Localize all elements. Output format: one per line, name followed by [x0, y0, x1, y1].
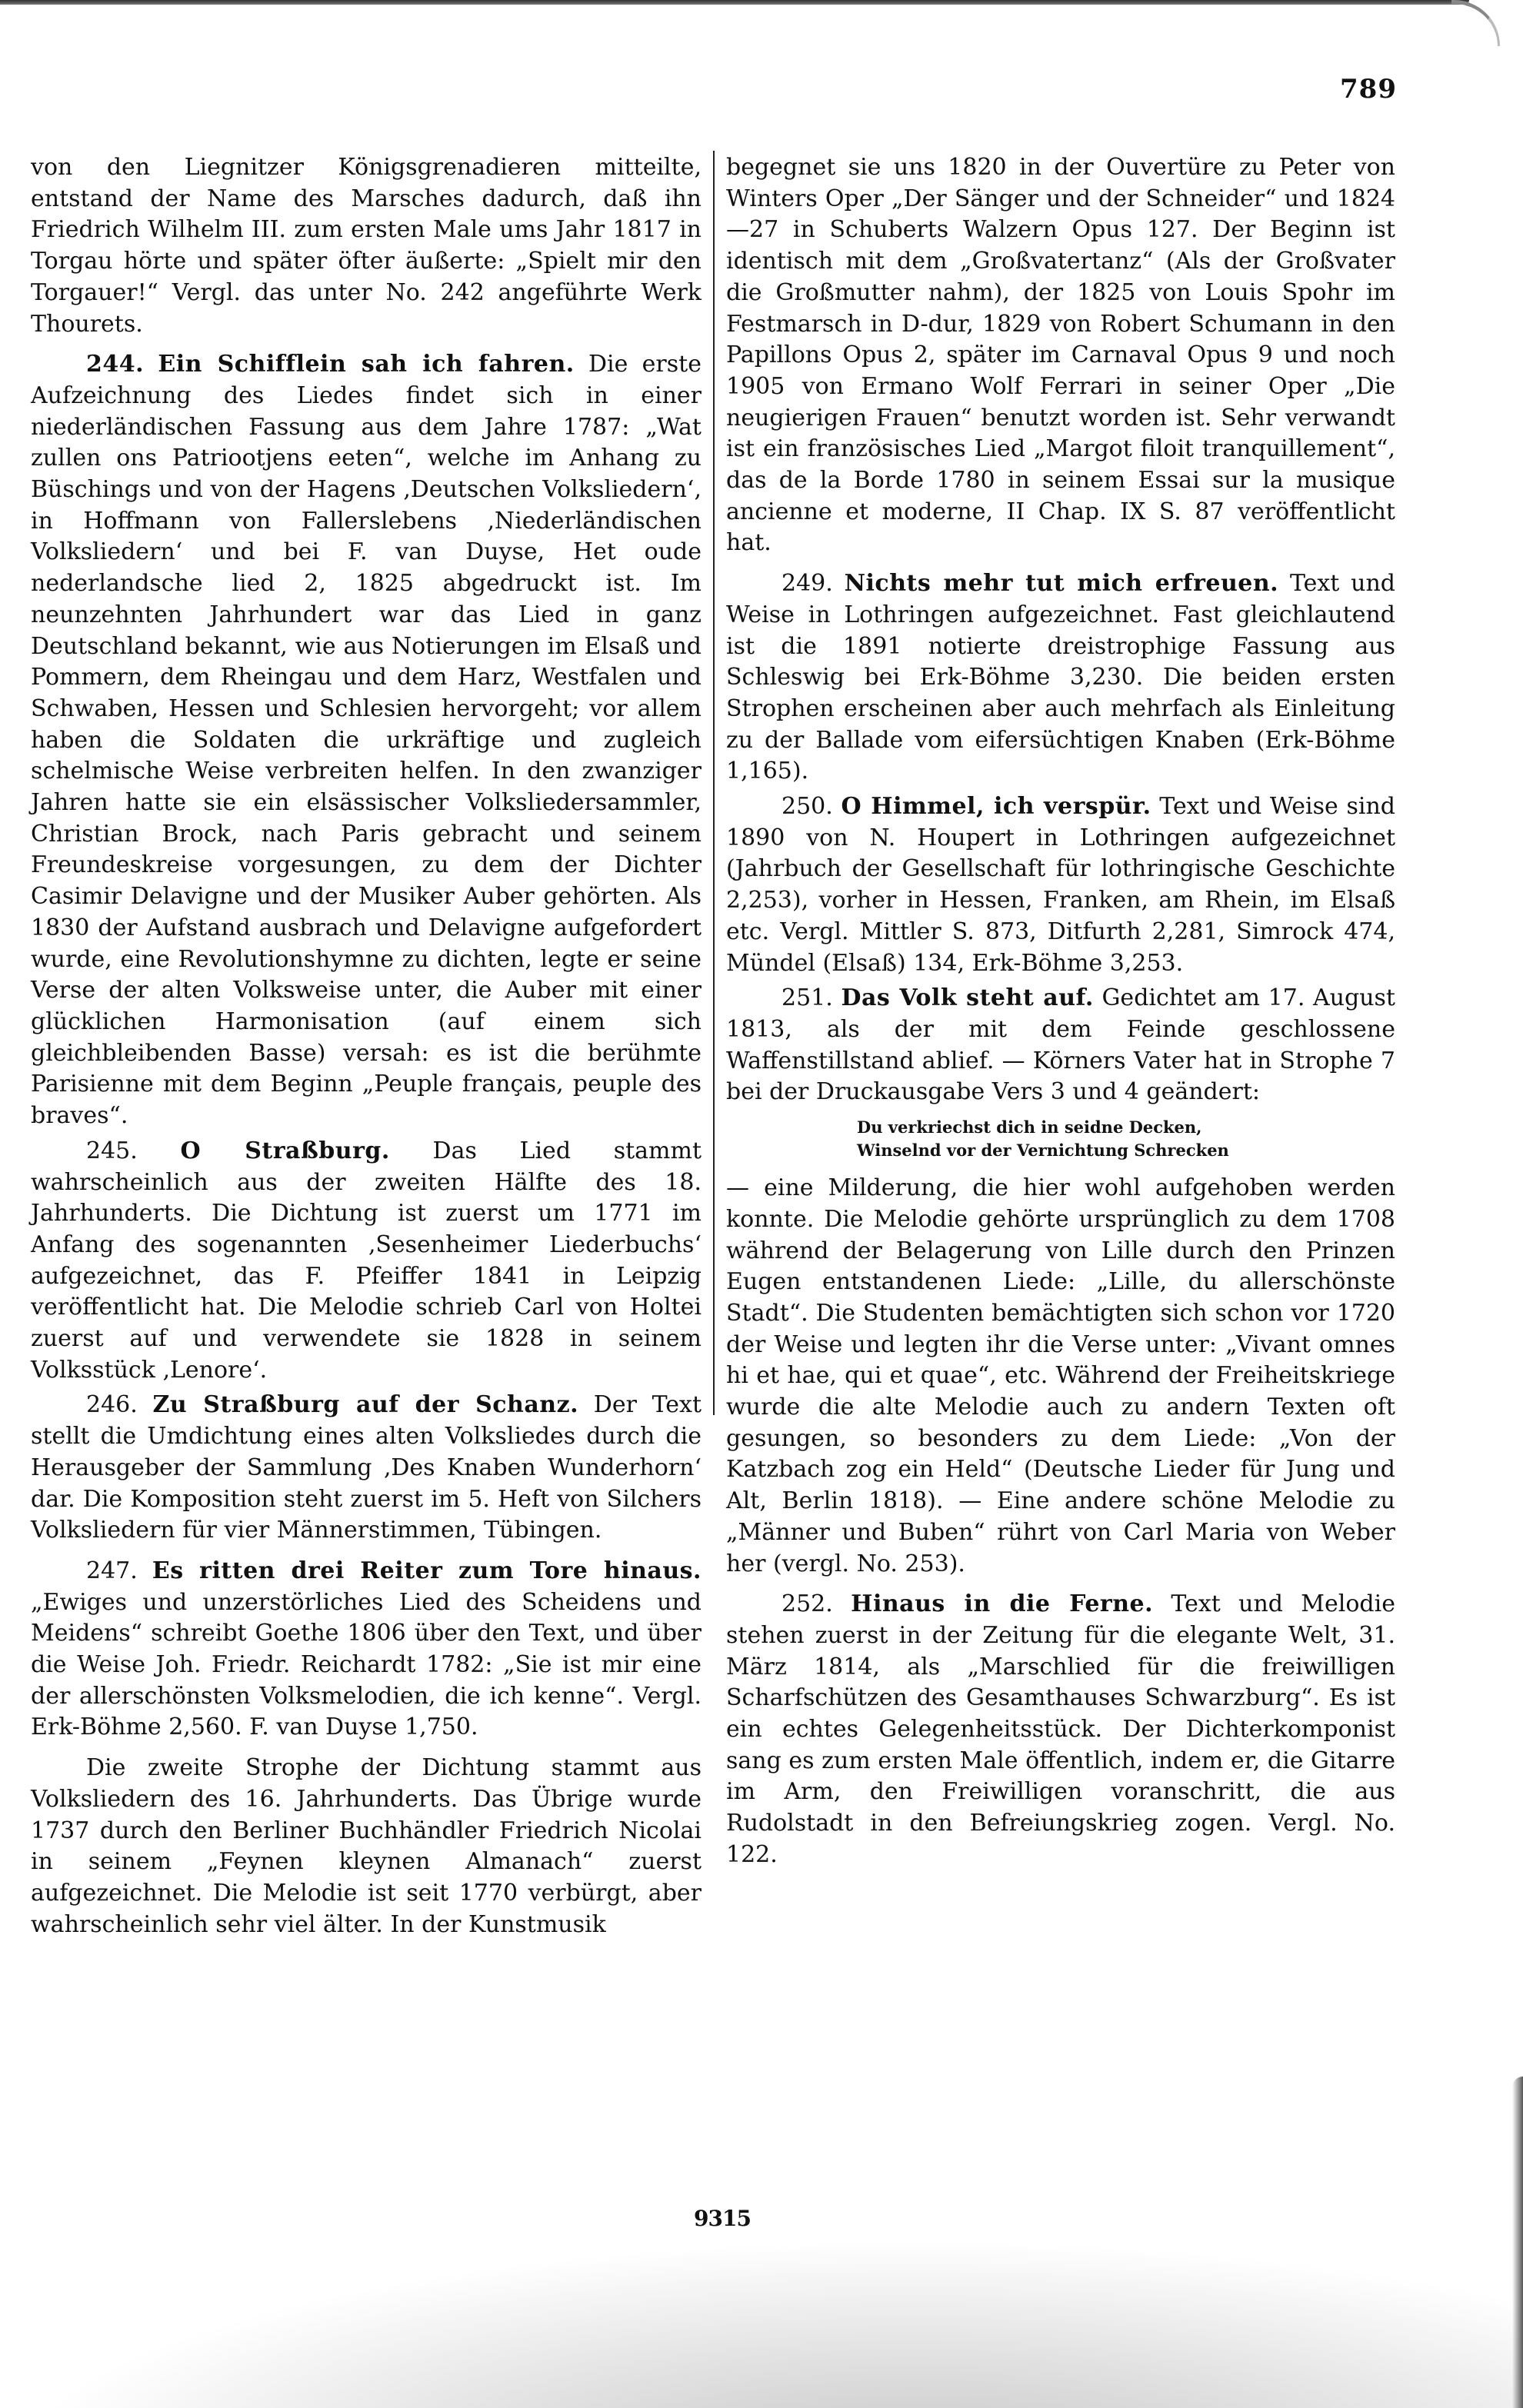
entry-number: 252.: [781, 1590, 833, 1617]
entry-title: Hinaus in die Ferne.: [851, 1590, 1153, 1617]
entry-text: Die erste Aufzeichnung des Liedes findet…: [31, 351, 702, 1129]
entry-245: 245. O Straßburg. Das Lied stammt wahrsc…: [31, 1136, 702, 1387]
verse-line: Winselnd vor der Vernichtung Schrecken: [857, 1139, 1395, 1162]
page-corner-curl: [1451, 0, 1500, 46]
paragraph-text: Die zweite Strophe der Dichtung stammt a…: [31, 1754, 702, 1938]
entry-title: Zu Straßburg auf der Schanz.: [152, 1391, 578, 1418]
paragraph: von den Liegnitzer Königsgrenadieren mit…: [31, 152, 702, 340]
paragraph-text: von den Liegnitzer Königsgrenadieren mit…: [31, 154, 702, 338]
verse-quote: Du verkriechst dich in seidne Decken, Wi…: [857, 1116, 1395, 1162]
paragraph: Die zweite Strophe der Dichtung stammt a…: [31, 1753, 702, 1940]
right-column: begegnet sie uns 1820 in der Ouvertüre z…: [726, 152, 1395, 1875]
column-divider: [713, 151, 715, 1415]
entry-247: 247. Es ritten drei Reiter zum Tore hina…: [31, 1556, 702, 1744]
entry-number: 251.: [781, 984, 833, 1011]
entry-title: Ein Schifflein sah ich fahren.: [158, 351, 574, 378]
paragraph: — eine Milderung, die hier wohl aufgehob…: [726, 1173, 1395, 1580]
entry-text: Text und Weise in Lothringen aufgezeichn…: [726, 570, 1395, 784]
printer-signature: 9315: [694, 2206, 751, 2231]
entry-text: „Ewiges und unzerstörliches Lied des Sch…: [31, 1589, 702, 1741]
verse-line: Du verkriechst dich in seidne Decken,: [857, 1116, 1395, 1139]
entry-title: O Straßburg.: [181, 1137, 390, 1164]
scan-noise: [0, 2239, 1523, 2408]
entry-text: Das Lied stammt wahrscheinlich aus der z…: [31, 1137, 702, 1384]
paragraph: begegnet sie uns 1820 in der Ouvertüre z…: [726, 152, 1395, 559]
entry-number: 245.: [86, 1137, 138, 1164]
entry-250: 250. O Himmel, ich verspür. Text und Wei…: [726, 791, 1395, 979]
entry-246: 246. Zu Straßburg auf der Schanz. Der Te…: [31, 1390, 702, 1547]
entry-title: Es ritten drei Reiter zum Tore hinaus.: [152, 1557, 702, 1584]
left-column: von den Liegnitzer Königsgrenadieren mit…: [31, 152, 702, 1944]
paragraph-text: begegnet sie uns 1820 in der Ouvertüre z…: [726, 154, 1395, 556]
entry-number: 250.: [781, 793, 833, 820]
entry-number: 244.: [86, 351, 144, 378]
entry-number: 249.: [781, 570, 833, 597]
entry-251: 251. Das Volk steht auf. Gedichtet am 17…: [726, 983, 1395, 1108]
entry-252: 252. Hinaus in die Ferne. Text und Melod…: [726, 1589, 1395, 1870]
entry-title: Nichts mehr tut mich erfreuen.: [845, 570, 1279, 597]
paragraph-text: — eine Milderung, die hier wohl aufgehob…: [726, 1174, 1395, 1577]
entry-text: Text und Melodie stehen zuerst in der Ze…: [726, 1590, 1395, 1868]
page-number: 789: [1340, 74, 1397, 105]
entry-number: 246.: [86, 1391, 138, 1418]
entry-number: 247.: [86, 1557, 138, 1584]
entry-title: O Himmel, ich verspür.: [841, 793, 1151, 820]
entry-249: 249. Nichts mehr tut mich erfreuen. Text…: [726, 568, 1395, 788]
page-edge-top: [0, 0, 1469, 5]
entry-244: 244. Ein Schifflein sah ich fahren. Die …: [31, 349, 702, 1132]
entry-title: Das Volk steht auf.: [841, 984, 1093, 1011]
entry-text: Text und Weise sind 1890 von N. Houpert …: [726, 793, 1395, 977]
